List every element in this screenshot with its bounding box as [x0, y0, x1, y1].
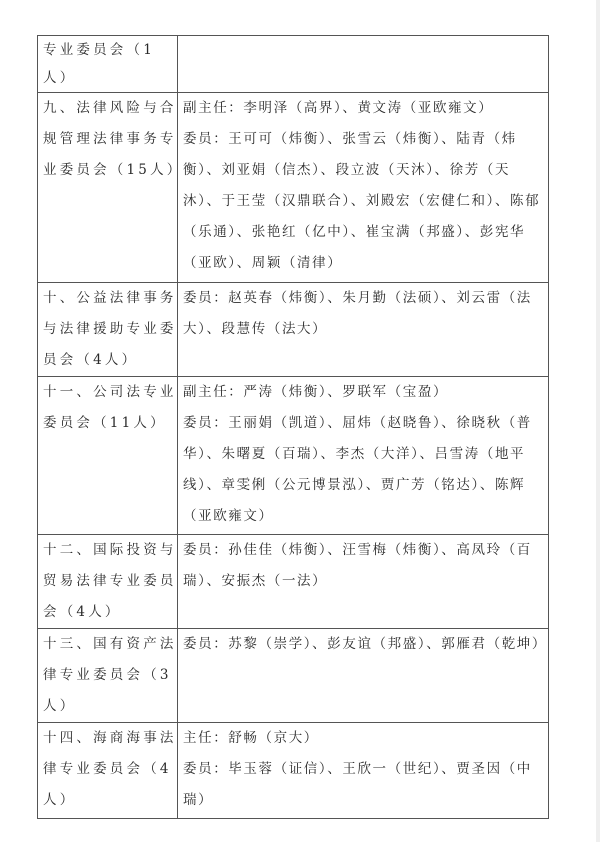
member-line: 委员：王可可（炜衡）、张雪云（炜衡）、陆青（炜衡）、刘亚娟（信杰）、段立波（天沐…	[183, 124, 548, 279]
committee-members: 副主任：李明泽（高界）、黄文涛（亚欧雍文） 委员：王可可（炜衡）、张雪云（炜衡）…	[178, 93, 549, 283]
vice-director-line: 副主任：李明泽（高界）、黄文涛（亚欧雍文）	[183, 93, 548, 124]
member-line: 委员：孙佳佳（炜衡）、汪雪梅（炜衡）、高凤玲（百瑞）、安振杰（一法）	[183, 535, 548, 597]
table-row: 十四、海商海事法律专业委员会（4人） 主任：舒畅（京大） 委员：毕玉蓉（证信）、…	[38, 723, 549, 819]
director-line: 主任：舒畅（京大）	[183, 723, 548, 754]
committee-members: 副主任：严涛（炜衡）、罗联军（宝盈） 委员：王丽娟（凯道）、屈炜（赵晓鲁）、徐晓…	[178, 377, 549, 535]
member-line: 委员：王丽娟（凯道）、屈炜（赵晓鲁）、徐晓秋（普华）、朱曙夏（百瑞）、李杰（大洋…	[183, 408, 548, 532]
table-row: 专业委员会（1人）	[38, 36, 549, 93]
committee-name: 十、公益法律事务与法律援助专业委员会（4人）	[38, 283, 178, 377]
committee-name: 十二、国际投资与贸易法律专业委员会（4人）	[38, 535, 178, 629]
committee-name: 十一、公司法专业委员会（11人）	[38, 377, 178, 535]
table-row: 十、公益法律事务与法律援助专业委员会（4人） 委员：赵英春（炜衡）、朱月勤（法硕…	[38, 283, 549, 377]
committee-members: 委员：赵英春（炜衡）、朱月勤（法硕）、刘云雷（法大）、段慧传（法大）	[178, 283, 549, 377]
table-row: 十一、公司法专业委员会（11人） 副主任：严涛（炜衡）、罗联军（宝盈） 委员：王…	[38, 377, 549, 535]
member-line: 委员：苏黎（崇学）、彭友谊（邦盛）、郭雁君（乾坤）	[183, 629, 548, 660]
committee-members	[178, 36, 549, 93]
table-row: 十二、国际投资与贸易法律专业委员会（4人） 委员：孙佳佳（炜衡）、汪雪梅（炜衡）…	[38, 535, 549, 629]
committee-table: 专业委员会（1人） 九、法律风险与合规管理法律事务专业委员会（15人） 副主任：…	[37, 35, 549, 819]
vice-director-line: 副主任：严涛（炜衡）、罗联军（宝盈）	[183, 377, 548, 408]
table-row: 九、法律风险与合规管理法律事务专业委员会（15人） 副主任：李明泽（高界）、黄文…	[38, 93, 549, 283]
committee-members: 委员：苏黎（崇学）、彭友谊（邦盛）、郭雁君（乾坤）	[178, 629, 549, 723]
page-edge	[596, 0, 600, 842]
committee-name: 十四、海商海事法律专业委员会（4人）	[38, 723, 178, 819]
committee-members: 委员：孙佳佳（炜衡）、汪雪梅（炜衡）、高凤玲（百瑞）、安振杰（一法）	[178, 535, 549, 629]
member-line: 委员：赵英春（炜衡）、朱月勤（法硕）、刘云雷（法大）、段慧传（法大）	[183, 283, 548, 345]
committee-name: 九、法律风险与合规管理法律事务专业委员会（15人）	[38, 93, 178, 283]
table-row: 十三、国有资产法律专业委员会（3人） 委员：苏黎（崇学）、彭友谊（邦盛）、郭雁君…	[38, 629, 549, 723]
member-line: 委员：毕玉蓉（证信）、王欣一（世纪）、贾圣因（中瑞）	[183, 754, 548, 816]
committee-name: 十三、国有资产法律专业委员会（3人）	[38, 629, 178, 723]
committee-members: 主任：舒畅（京大） 委员：毕玉蓉（证信）、王欣一（世纪）、贾圣因（中瑞）	[178, 723, 549, 819]
committee-name: 专业委员会（1人）	[38, 36, 178, 93]
